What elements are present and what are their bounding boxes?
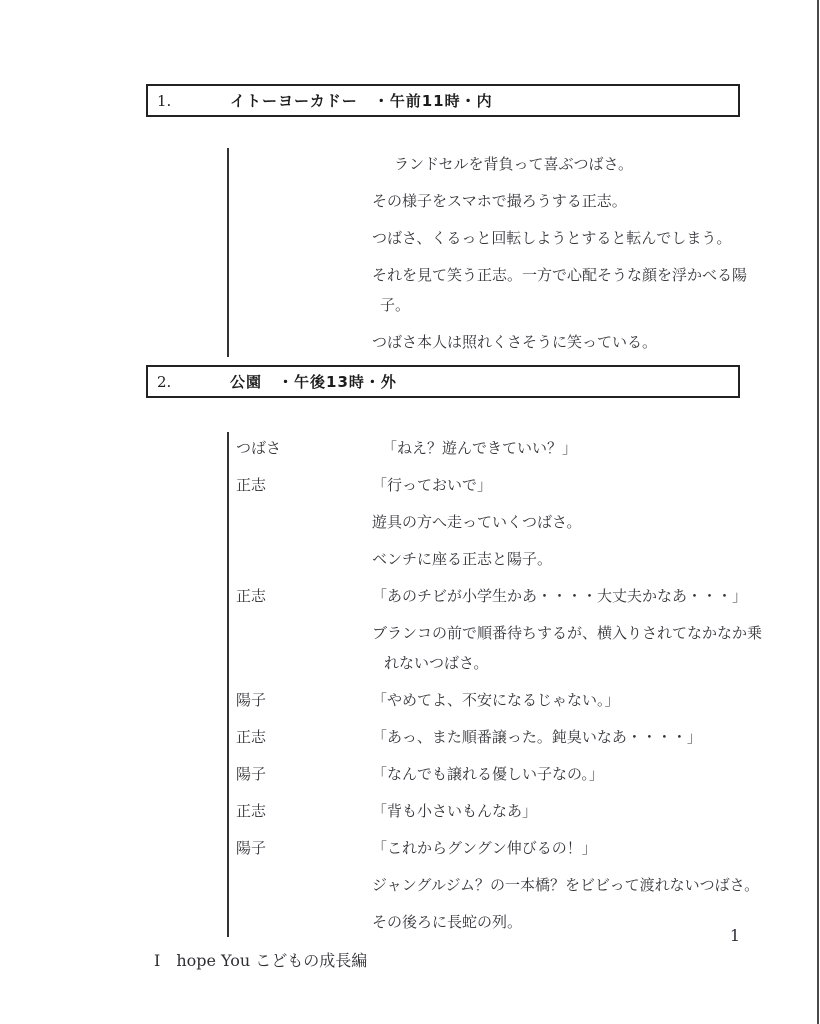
line-text: ジャングルジム？の一本橋？をビビって渡れないつばさ。 — [372, 870, 759, 900]
character-name: 正志 — [229, 722, 372, 752]
line-text: 「これからグングン伸びるの！」 — [372, 833, 597, 863]
script-line: 陽子「なんでも譲れる優しい子なの。」 — [229, 759, 789, 789]
line-text: 「あっ、また順番譲った。鈍臭いなあ・・・・」 — [372, 722, 702, 752]
line-text: ブランコの前で順番待ちするが、横入りされてなかなか乗 — [372, 618, 762, 648]
script-line: つばさ、くるっと回転しようとすると転んでしまう。 — [229, 223, 789, 253]
script-line: それを見て笑う正志。一方で心配そうな顔を浮かべる陽 — [229, 260, 789, 290]
line-text: それを見て笑う正志。一方で心配そうな顔を浮かべる陽 — [372, 260, 747, 290]
line-text: 「なんでも譲れる優しい子なの。」 — [372, 759, 604, 789]
character-name: 陽子 — [229, 759, 372, 789]
script-line: 子。 — [229, 290, 789, 320]
character-name: 正志 — [229, 796, 372, 826]
script-line: 正志「あっ、また順番譲った。鈍臭いなあ・・・・」 — [229, 722, 789, 752]
script-line: つばさ「ねえ？遊んできていい？」 — [229, 433, 789, 463]
line-text: つばさ本人は照れくさそうに笑っている。 — [372, 327, 657, 357]
character-name: 正志 — [229, 581, 372, 611]
line-text: その様子をスマホで撮ろうする正志。 — [372, 186, 627, 216]
line-text: ベンチに座る正志と陽子。 — [372, 544, 552, 574]
scene-number: 1. — [148, 92, 230, 110]
script-line: その様子をスマホで撮ろうする正志。 — [229, 186, 789, 216]
scene-heading: 1.イトーヨーカドー ・午前11時・内 — [146, 84, 740, 117]
script-line: 正志「背も小さいもんなあ」 — [229, 796, 789, 826]
line-text: その後ろに長蛇の列。 — [372, 907, 522, 937]
line-text: 子。 — [380, 290, 410, 320]
script-line: ベンチに座る正志と陽子。 — [229, 544, 789, 574]
line-text: れないつばさ。 — [384, 648, 488, 678]
script-line: 陽子「やめてよ、不安になるじゃない。」 — [229, 685, 789, 715]
character-name — [229, 907, 372, 937]
line-text: 「背も小さいもんなあ」 — [372, 796, 537, 826]
page-number: 1 — [700, 926, 740, 945]
scene-body: ランドセルを背負って喜ぶつばさ。その様子をスマホで撮ろうする正志。つばさ、くるっ… — [227, 148, 789, 357]
character-name: 陽子 — [229, 833, 372, 863]
script-line: れないつばさ。 — [229, 648, 789, 678]
scenes-container: 1.イトーヨーカドー ・午前11時・内ランドセルを背負って喜ぶつばさ。その様子を… — [0, 84, 820, 937]
script-line: 正志「行っておいで」 — [229, 470, 789, 500]
script-line: 正志「あのチビが小学生かあ・・・・大丈夫かなあ・・・」 — [229, 581, 789, 611]
line-text: 「やめてよ、不安になるじゃない。」 — [372, 685, 620, 715]
character-name: 正志 — [229, 470, 372, 500]
footer-title: I hope You こどもの成長編 — [154, 948, 367, 971]
character-name: つばさ — [229, 433, 372, 463]
line-text: 「行っておいで」 — [372, 470, 492, 500]
script-line: ブランコの前で順番待ちするが、横入りされてなかなか乗 — [229, 618, 789, 648]
line-text: つばさ、くるっと回転しようとすると転んでしまう。 — [372, 223, 731, 253]
script-line: 陽子「これからグングン伸びるの！」 — [229, 833, 789, 863]
line-text: 「ねえ？遊んできていい？」 — [382, 433, 577, 463]
character-name — [229, 870, 372, 900]
character-name — [229, 618, 372, 648]
script-line: ランドセルを背負って喜ぶつばさ。 — [229, 149, 789, 179]
character-name — [229, 648, 372, 678]
scene-body: つばさ「ねえ？遊んできていい？」正志「行っておいで」遊具の方へ走っていくつばさ。… — [227, 432, 789, 937]
script-line: ジャングルジム？の一本橋？をビビって渡れないつばさ。 — [229, 870, 789, 900]
character-name — [229, 544, 372, 574]
scene-heading: 2.公園 ・午後13時・外 — [146, 365, 740, 398]
script-line: 遊具の方へ走っていくつばさ。 — [229, 507, 789, 537]
line-text: 遊具の方へ走っていくつばさ。 — [372, 507, 581, 537]
script-line: つばさ本人は照れくさそうに笑っている。 — [229, 327, 789, 357]
line-text: ランドセルを背負って喜ぶつばさ。 — [394, 149, 633, 179]
character-name — [229, 507, 372, 537]
page-right-edge — [817, 0, 819, 1024]
scene-title: 公園 ・午後13時・外 — [230, 371, 397, 392]
scene-number: 2. — [148, 373, 230, 391]
line-text: 「あのチビが小学生かあ・・・・大丈夫かなあ・・・」 — [372, 581, 747, 611]
scene-title: イトーヨーカドー ・午前11時・内 — [230, 90, 493, 111]
character-name: 陽子 — [229, 685, 372, 715]
script-page: 1.イトーヨーカドー ・午前11時・内ランドセルを背負って喜ぶつばさ。その様子を… — [0, 0, 820, 1024]
